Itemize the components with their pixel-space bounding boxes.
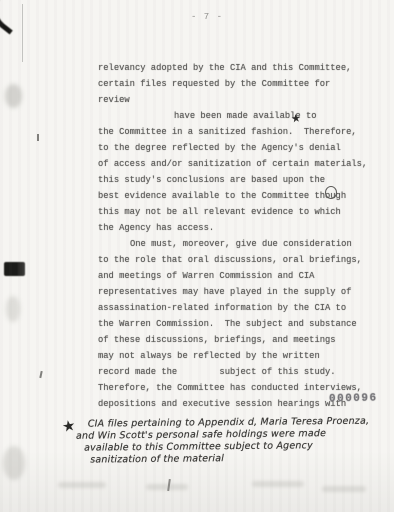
- typed-line: relevancy adopted by the CIA and this Co…: [98, 60, 374, 76]
- scan-artifact-corner-mark: [0, 0, 32, 34]
- scan-artifact-streak: [58, 482, 106, 488]
- typed-line: have been made available to: [174, 108, 374, 124]
- typed-line: assassination-related information by the…: [98, 300, 374, 316]
- scan-artifact-smudge: [5, 84, 22, 108]
- scan-artifact-vertical-line: [22, 4, 23, 62]
- typed-line: the Warren Commission. The subject and s…: [98, 316, 374, 332]
- scan-artifact-smudge: [6, 296, 20, 322]
- typed-line: may not always be reflected by the writt…: [98, 348, 374, 364]
- typed-line: certain files requested by the Committee…: [98, 76, 374, 92]
- typed-line: to the degree reflected by the Agency's …: [98, 140, 374, 156]
- scan-artifact-black-blob: [4, 262, 25, 276]
- scan-artifact-tick: [39, 371, 42, 378]
- typed-line: to the role that oral discussions, oral …: [98, 252, 374, 268]
- star-annotation-icon: ★: [290, 111, 302, 125]
- document-page: - 7 - relevancy adopted by the CIA and t…: [0, 0, 394, 512]
- footnote-star-icon: ★: [61, 416, 77, 436]
- typed-line: review: [98, 92, 374, 108]
- typed-line: the Committee in a sanitized fashion. Th…: [98, 124, 374, 140]
- scan-artifact-streak: [322, 486, 366, 492]
- footnote-line: sanitization of the material: [90, 451, 388, 466]
- typed-line: this may not be all relevant evidence to…: [98, 204, 374, 220]
- typed-line: record made the subject of this study.: [98, 364, 374, 380]
- typed-line: One must, moreover, give due considerati…: [130, 236, 374, 252]
- typed-line: of access and/or sanitization of certain…: [98, 156, 374, 172]
- page-stamp: 000096: [329, 393, 378, 406]
- typed-body: relevancy adopted by the CIA and this Co…: [98, 60, 374, 412]
- typed-line: and meetings of Warren Commission and CI…: [98, 268, 374, 284]
- circle-annotation: [325, 186, 337, 199]
- handwritten-footnote: CIA files pertaining to Appendix d, Mari…: [88, 415, 388, 466]
- typed-line: of these discussions, briefings, and mee…: [98, 332, 374, 348]
- scan-artifact-streak: [252, 481, 304, 487]
- typed-line: the Agency has access.: [98, 220, 374, 236]
- page-number: - 7 -: [191, 12, 223, 22]
- scan-artifact-tick: [37, 134, 39, 141]
- typed-line: representatives may have played in the s…: [98, 284, 374, 300]
- scan-artifact-smudge: [3, 446, 25, 480]
